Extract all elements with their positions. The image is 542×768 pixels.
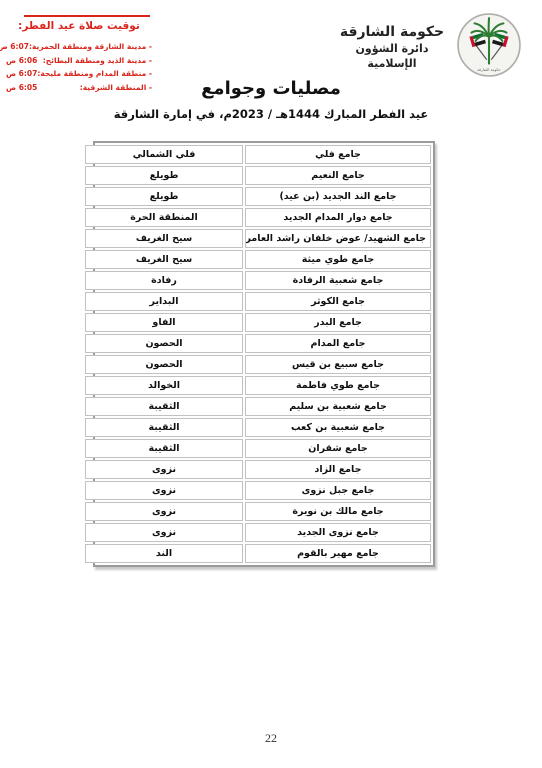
- area-name-cell: نزوى: [85, 481, 243, 500]
- timing-label: - منطقة المدام ومنطقة مليحة:: [37, 69, 152, 78]
- mosque-name-cell: جامع الكوثر: [245, 292, 431, 311]
- mosque-name-cell: جامع طوي فاطمة: [245, 376, 431, 395]
- mosque-name-cell: جامع طوي ميثة: [245, 250, 431, 269]
- mosque-table: جامع فليفلي الشماليجامع النعيمطويلعجامع …: [93, 141, 435, 567]
- area-name-cell: الند: [85, 544, 243, 563]
- timing-value: 6:07 ص: [6, 69, 37, 78]
- table-row: جامع شعبية بن سليمالثقيبة: [85, 397, 431, 416]
- mosque-name-cell: جامع المدام: [245, 334, 431, 353]
- timing-value: 6:06 ص: [6, 56, 37, 65]
- table-row: جامع النعيمطويلع: [85, 166, 431, 185]
- red-divider-line: [24, 15, 150, 17]
- mosque-name-cell: جامع فلي: [245, 145, 431, 164]
- page-title: مصليات وجوامع: [0, 78, 542, 99]
- org-title: حكومة الشارقة: [330, 23, 454, 41]
- table-row: جامع البدرالفاو: [85, 313, 431, 332]
- table-row: جامع المدامالحصون: [85, 334, 431, 353]
- area-name-cell: المنطقة الحرة: [85, 208, 243, 227]
- mosque-name-cell: جامع شعبية الرفادة: [245, 271, 431, 290]
- mosque-name-cell: جامع نزوى الجديد: [245, 523, 431, 542]
- org-header: حكومة الشارقة دائرة الشؤون الإسلامية: [330, 23, 454, 71]
- area-name-cell: البداير: [85, 292, 243, 311]
- table-row: جامع الند الجديد (بن عيد)طويلع: [85, 187, 431, 206]
- table-row: جامع الشهيد/ عوض خلفان راشد العامريسيح ا…: [85, 229, 431, 248]
- table-row: جامع شعبية الرفادةرفادة: [85, 271, 431, 290]
- area-name-cell: الثقيبة: [85, 439, 243, 458]
- table-row: جامع فليفلي الشمالي: [85, 145, 431, 164]
- mosque-name-cell: جامع جبل نزوى: [245, 481, 431, 500]
- area-name-cell: طويلع: [85, 187, 243, 206]
- area-name-cell: رفادة: [85, 271, 243, 290]
- mosque-name-cell: جامع دوار المدام الجديد: [245, 208, 431, 227]
- table-row: جامع طوي فاطمةالخوالد: [85, 376, 431, 395]
- mosque-name-cell: جامع الزاد: [245, 460, 431, 479]
- table-row: جامع نزوى الجديدنزوى: [85, 523, 431, 542]
- mosque-name-cell: جامع شقران: [245, 439, 431, 458]
- mosque-name-cell: جامع البدر: [245, 313, 431, 332]
- timing-value: 6:07 ص: [0, 42, 29, 51]
- table-row: جامع الزادنزوى: [85, 460, 431, 479]
- table-row: جامع دوار المدام الجديدالمنطقة الحرة: [85, 208, 431, 227]
- page-subtitle: عيد الفطر المبارك 1444هـ / 2023م، في إما…: [0, 107, 542, 121]
- area-name-cell: نزوى: [85, 502, 243, 521]
- table-row: جامع مهير بالقومالند: [85, 544, 431, 563]
- table-row: جامع شقرانالثقيبة: [85, 439, 431, 458]
- mosque-name-cell: جامع شعبية بن سليم: [245, 397, 431, 416]
- area-name-cell: الحصون: [85, 334, 243, 353]
- mosque-name-cell: جامع شعبية بن كعب: [245, 418, 431, 437]
- area-name-cell: الفاو: [85, 313, 243, 332]
- mosque-name-cell: جامع مهير بالقوم: [245, 544, 431, 563]
- table-row: جامع سبيع بن قيسالحصون: [85, 355, 431, 374]
- area-name-cell: الثقيبة: [85, 418, 243, 437]
- mosque-name-cell: جامع الند الجديد (بن عيد): [245, 187, 431, 206]
- table-row: جامع طوي ميثةسيح الغريف: [85, 250, 431, 269]
- timing-line: - منطقة المدام ومنطقة مليحة:6:07 ص: [6, 69, 152, 78]
- area-name-cell: الثقيبة: [85, 397, 243, 416]
- table-row: جامع الكوثرالبداير: [85, 292, 431, 311]
- timing-title: توقيت صلاة عيد الفطر:: [8, 20, 150, 32]
- timing-label: - مدينة الشارقة ومنطقة الحمرية:: [29, 42, 152, 51]
- mosque-name-cell: جامع الشهيد/ عوض خلفان راشد العامري: [245, 229, 431, 248]
- mosque-name-cell: جامع سبيع بن قيس: [245, 355, 431, 374]
- area-name-cell: الخوالد: [85, 376, 243, 395]
- document-page: توقيت صلاة عيد الفطر: - مدينة الشارقة وم…: [0, 0, 542, 768]
- area-name-cell: نزوى: [85, 460, 243, 479]
- page-number: 22: [0, 731, 542, 746]
- table-row: جامع جبل نزوىنزوى: [85, 481, 431, 500]
- area-name-cell: نزوى: [85, 523, 243, 542]
- sharjah-emblem-icon: حكومة الشارقة: [456, 12, 522, 78]
- timing-line: - مدينة الشارقة ومنطقة الحمرية:6:07 ص: [6, 42, 152, 51]
- mosque-table-body: جامع فليفلي الشماليجامع النعيمطويلعجامع …: [85, 145, 431, 563]
- svg-text:حكومة الشارقة: حكومة الشارقة: [477, 68, 501, 72]
- table-row: جامع شعبية بن كعبالثقيبة: [85, 418, 431, 437]
- table-row: جامع مالك بن نويرةنزوى: [85, 502, 431, 521]
- timing-label: - مدينة الذيد ومنطقة البطائح:: [43, 56, 152, 65]
- timing-line: - مدينة الذيد ومنطقة البطائح:6:06 ص: [6, 56, 152, 65]
- area-name-cell: طويلع: [85, 166, 243, 185]
- area-name-cell: سيح الغريف: [85, 250, 243, 269]
- org-subtitle: دائرة الشؤون الإسلامية: [330, 41, 454, 71]
- area-name-cell: سيح الغريف: [85, 229, 243, 248]
- mosque-name-cell: جامع النعيم: [245, 166, 431, 185]
- mosque-name-cell: جامع مالك بن نويرة: [245, 502, 431, 521]
- area-name-cell: الحصون: [85, 355, 243, 374]
- area-name-cell: فلي الشمالي: [85, 145, 243, 164]
